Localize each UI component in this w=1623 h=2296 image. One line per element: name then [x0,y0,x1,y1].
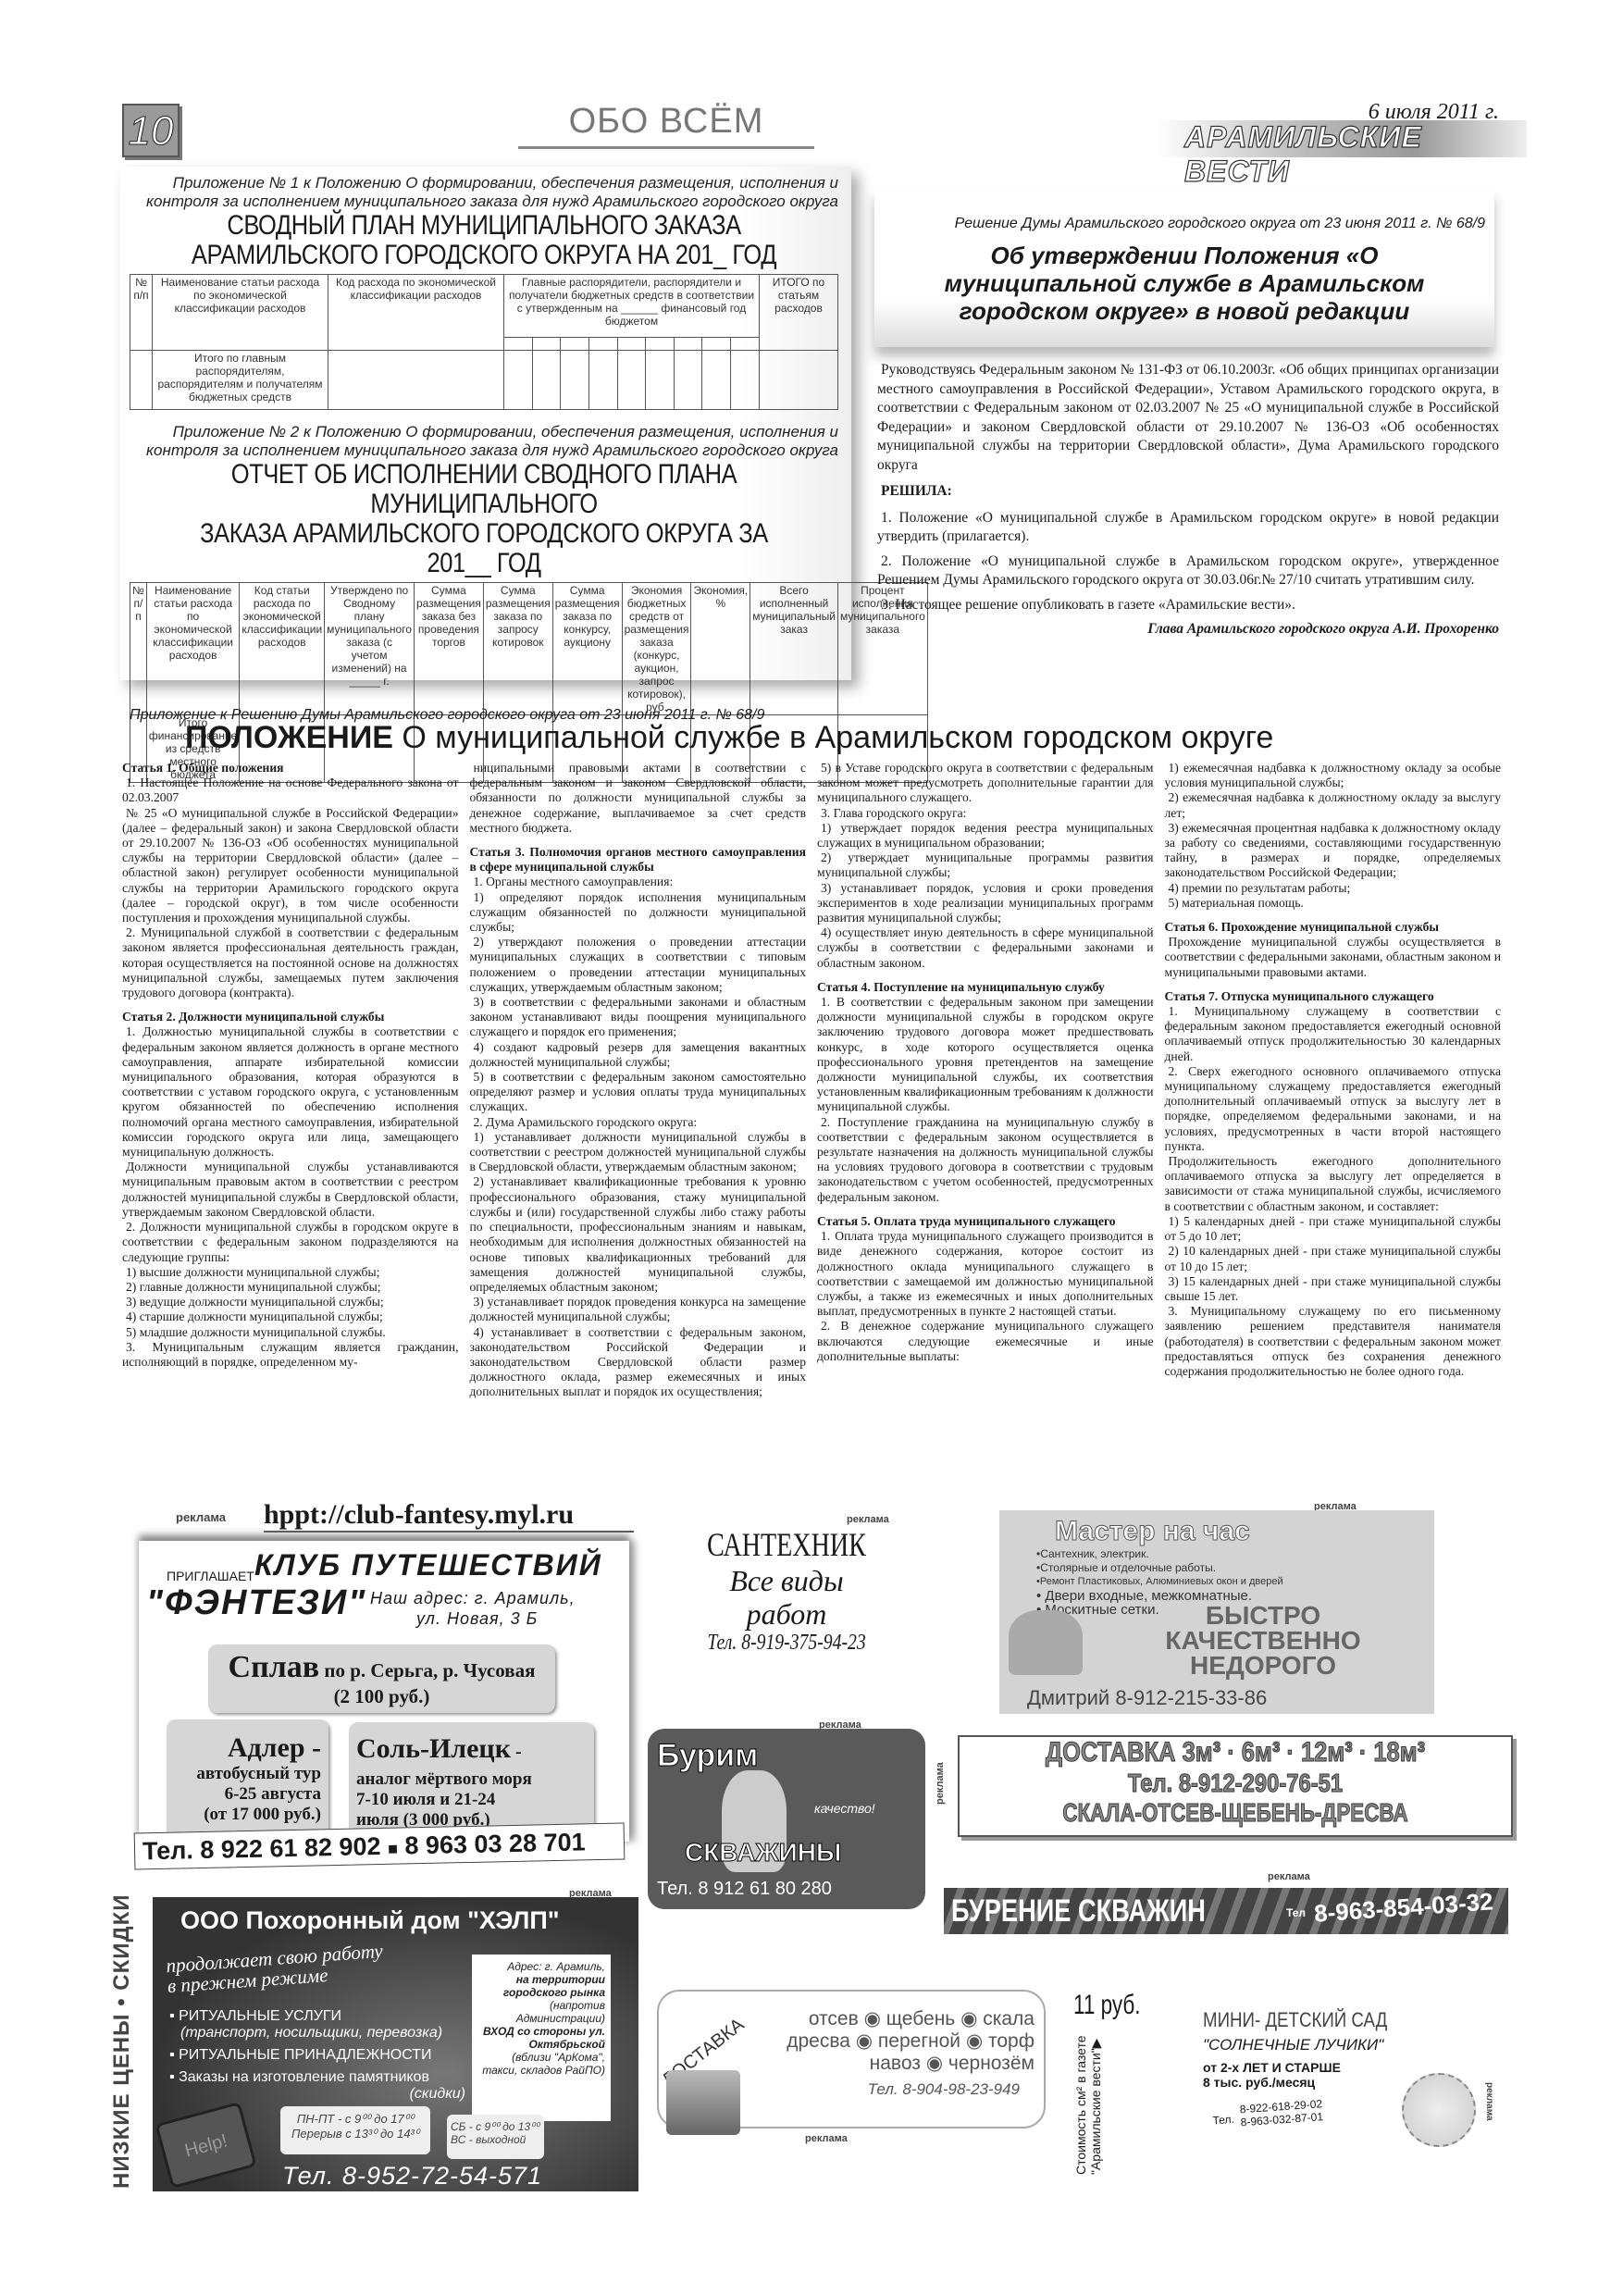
plumber-line: работ [666,1597,907,1631]
funeral-hours-weekend: СБ - с 9⁰⁰ до 13⁰⁰ ВС - выходной [447,2115,544,2159]
fantasy-travel-ad: ПРИГЛАШАЕТ КЛУБ ПУТЕШЕСТВИЙ "ФЭНТЕЗИ" На… [139,1541,629,1842]
decision-item: 2. Положение «О муниципальной службе в А… [877,552,1499,590]
article-heading: Статья 2. Должности муниципальной службы [122,1010,459,1024]
regulation-title: ПОЛОЖЕНИЕ О муниципальной службе в Арами… [185,720,1273,756]
article-column-2: ниципальными правовыми актами в соответс… [470,761,807,1501]
fantasy-url-link[interactable]: hppt://club-fantesy.myl.ru [264,1499,634,1533]
paragraph: 1) устанавливает должности муниципальной… [470,1130,807,1175]
gravel-delivery-ad: ДОСТАВКА 3м³ · 6м³ · 12м³ · 18м³ Тел. 8-… [958,1735,1513,1837]
col-header: Экономия, % [691,583,750,715]
funeral-title: ООО Похоронный дом "ХЭЛП" [180,1906,560,1935]
ad-label-vertical: реклама [1484,2082,1494,2121]
kindergarten-ad: МИНИ- ДЕТСКИЙ САД "СОЛНЕЧНЫЕ ЛУЧИКИ" от … [1203,2008,1499,2184]
paragraph: 1. В соответствии с федеральным законом … [817,995,1154,1115]
col-header: Главные распорядители, распорядители и п… [504,275,760,338]
burim-phone: Тел. 8 912 61 80 280 [657,1879,832,1900]
funeral-hours-weekdays: ПН-ПТ - с 9⁰⁰ до 17⁰⁰ Перерыв с 13³⁰ до … [280,2106,430,2154]
ad-address: ул. Новая, 3 Б [416,1609,538,1629]
kindergarten-age: от 2-х ЛЕТ И СТАРШЕ [1203,2060,1499,2075]
paragraph: 3. Муниципальным служащим является гражд… [122,1340,459,1370]
paragraph: 3) устанавливает порядок проведения конк… [470,1295,807,1324]
article-column-3: 5) в Уставе городского округа в соответс… [817,761,1154,1501]
article-heading: Статья 4. Поступление на муниципальную с… [817,980,1154,995]
article-heading: Статья 1. Общие положения [122,761,459,776]
kindergarten-name: "СОЛНЕЧНЫЕ ЛУЧИКИ" [1203,2036,1499,2054]
delivery2-phone: Тел. 8-904-98-23-949 [787,2080,1035,2099]
paragraph: Продолжительность ежегодного дополнитель… [1165,1154,1502,1214]
appendix1-title: СВОДНЫЙ ПЛАН МУНИЦИПАЛЬНОГО ЗАКАЗА АРАМИ… [182,211,785,270]
paragraph: 1) утверждает порядок ведения реестра му… [817,821,1154,850]
appendix-tables-panel: Приложение № 1 к Положению О формировани… [120,167,851,680]
decision-item: 3. Настоящее решение опубликовать в газе… [877,596,1499,615]
paragraph: 1) высшие должности муниципальной службы… [122,1265,459,1280]
drilling-tel-label: Тел [1286,1906,1306,1919]
delivery2-materials: дресва ◉ перегной ◉ торф [787,2030,1035,2053]
well-drilling-ad: Бурим качество! СКВАЖИНЫ Тел. 8 912 61 8… [648,1729,925,1909]
dump-truck-icon [666,2070,740,2135]
kindergarten-tel-label: Тел. [1212,2113,1234,2128]
help-key-icon: Help! [155,2102,256,2189]
paragraph: 3) 15 календарных дней - при стаже муниц… [1165,1274,1502,1304]
col-header: Экономия бюджетных средств от размещения… [622,583,691,715]
paragraph: 5) в Уставе городского округа в соответс… [817,761,1154,806]
delivery2-materials: навоз ◉ чернозём [787,2053,1035,2075]
paragraph: 3) в соответствии с федеральными законам… [470,995,807,1040]
appendix2-title: ОТЧЕТ ОБ ИСПОЛНЕНИИ СВОДНОГО ПЛАНА МУНИЦ… [182,460,785,578]
paragraph: Должности муниципальной службы устанавли… [122,1160,459,1220]
service-item: •Столярные и отделочные работы. [1036,1561,1434,1575]
handyman-ad: Мастер на час •Сантехник, электрик. •Сто… [999,1510,1434,1714]
col-header: Код статьи расхода по экономической клас… [240,583,325,715]
worker-illustration-icon [1009,1610,1083,1675]
decision-header-box: Решение Думы Арамильского городского окр… [874,190,1494,347]
plumber-line: Все виды [666,1564,907,1597]
paragraph: 2. Сверх ежегодного основного оплачиваем… [1165,1064,1502,1154]
paragraph: 1. Муниципальному служащему в соответств… [1165,1004,1502,1064]
col-header: ИТОГО по статьям расходов [760,275,838,351]
paragraph: 2) утверждает муниципальные программы ра… [817,850,1154,880]
paragraph: 2) 10 календарных дней - при стаже муниц… [1165,1244,1502,1273]
price-value: 11 руб. [1073,1990,1150,2021]
paragraph: 3. Муниципальному служащему по его письм… [1165,1304,1502,1379]
paragraph: 3) ежемесячная процентная надбавка к дол… [1165,821,1502,881]
paragraph: 5) младшие должности муниципальной служб… [122,1325,459,1340]
drilling-title: БУРЕНИЕ СКВАЖИН [951,1893,1206,1930]
paragraph: 1) 5 календарных дней - при стаже муници… [1165,1214,1502,1244]
paragraph: 1. Настоящее Положение на основе Федерал… [122,776,459,805]
col-header: № п/п [130,275,153,351]
slogan: КАЧЕСТВЕННО [1101,1628,1425,1653]
paragraph: 3) ведущие должности муниципальной служб… [122,1295,459,1309]
paragraph: 3. Глава городского округа: [817,806,1154,821]
col-header: Наименование статьи расхода по экономиче… [146,583,239,715]
ad-price-notice: 11 руб. Стоимость см² в газете "Арамильс… [1073,1990,1175,2193]
ad-fantasy-name: "ФЭНТЕЗИ" [146,1583,366,1623]
funeral-service: ▪ РИТУАЛЬНЫЕ УСЛУГИ [169,2008,465,2025]
low-prices-sidebar: НИЗКИЕ ЦЕНЫ • СКИДКИ [109,1893,146,2189]
paragraph: 1. Органы местного самоуправления: [470,875,807,889]
col-header: Код расхода по экономической классификац… [328,275,504,351]
paragraph: 4) устанавливает в соответствии с федера… [470,1325,807,1400]
article-column-4: 1) ежемесячная надбавка к должностному о… [1165,761,1502,1501]
paragraph: 1) определяют порядок исполнения муницип… [470,890,807,936]
rafting-box: Сплав по р. Серьга, р. Чусовая (2 100 ру… [208,1644,555,1713]
handyman-title: Мастер на час [999,1510,1434,1547]
article-heading: Статья 3. Полномочия органов местного са… [470,845,807,875]
col-header: Утверждено по Сводному плану муниципальн… [325,583,415,715]
ad-address: Наш адрес: г. Арамиль, [370,1589,576,1608]
page-number: 10 [122,104,180,157]
service-item: •Ремонт Пластиковых, Алюминиевых окон и … [1036,1575,1434,1589]
paragraph: 5) в соответствии с федеральным законом … [470,1070,807,1115]
slogan: НЕДОРОГО [1101,1653,1425,1678]
handyman-phone: Дмитрий 8-912-215-33-86 [1027,1686,1267,1710]
service-item: •Сантехник, электрик. [1036,1547,1434,1561]
ad-invites: ПРИГЛАШАЕТ [167,1569,254,1583]
decision-title: Об утверждении Положения «О муниципально… [874,232,1494,325]
paragraph: 2) главные должности муниципальной служб… [122,1280,459,1295]
funeral-address-box: Адрес: г. Арамиль, на территории городск… [472,1955,611,2121]
burim-title: Бурим [657,1738,758,1774]
burim-quality: качество! [814,1801,875,1816]
paragraph: 1. Оплата труда муниципального служащего… [817,1229,1154,1319]
funeral-service: ▪ РИТУАЛЬНЫЕ ПРИНАДЛЕЖНОСТИ [169,2047,465,2064]
delivery-phone: Тел. 8-912-290-76-51 [1001,1769,1470,1798]
paragraph: 2) утверждают положения о проведении атт… [470,935,807,995]
plumber-ad: САНТЕХНИК Все виды работ Тел. 8-919-375-… [666,1518,907,1656]
paragraph: ниципальными правовыми актами в соответс… [470,761,807,836]
burim-wells: СКВАЖИНЫ [685,1838,841,1868]
adler-box: Адлер - автобусный тур 6-25 августа (от … [167,1719,328,1847]
regulation-columns: Статья 1. Общие положения 1. Настоящее П… [122,761,1501,1501]
article-heading: Статья 6. Прохождение муниципальной служ… [1165,920,1502,935]
article-heading: Статья 5. Оплата труда муниципального сл… [817,1214,1154,1229]
col-header: Сумма размещения заказа по конкурсу, аук… [552,583,622,715]
paragraph: 1) ежемесячная надбавка к должностному о… [1165,761,1502,790]
delivery-volumes: ДОСТАВКА 3м³ · 6м³ · 12м³ · 18м³ [1001,1737,1470,1769]
delivery-materials: СКАЛА-ОТСЕВ-ЩЕБЕНЬ-ДРЕСВА [1015,1798,1456,1828]
decision-preamble: Руководствуясь Федеральным законом № 131… [877,361,1499,475]
section-divider [518,146,814,149]
price-label: Стоимость см² в газете "Арамильские вест… [1073,2017,1103,2175]
drilling-phone: 8-963-854-03-32 [1313,1887,1493,1928]
paragraph: 4) старшие должности муниципальной служб… [122,1309,459,1324]
ad-label-vertical: реклама [935,1762,946,1805]
paragraph: 2. Поступление гражданина на муниципальн… [817,1115,1154,1205]
funeral-service: ▪ Заказы на изготовление памятников [169,2069,465,2086]
soil-delivery-ad: ДОСТАВКА отсев ◉ щебень ◉ скала дресва ◉… [657,1990,1046,2128]
paragraph: 2. Муниципальной службой в соответствии … [122,925,459,1000]
ad-club-name: КЛУБ ПУТЕШЕСТВИЙ [254,1548,602,1582]
col-header: № п/п [130,583,147,715]
decision-resolved: РЕШИЛА: [877,482,1499,502]
funeral-phone: Тел. 8-952-72-54-571 [282,2162,542,2191]
paragraph: 4) осуществляет иную деятельность в сфер… [817,925,1154,971]
funeral-service-detail: (транспорт, носильщики, перевозка) [169,2025,465,2042]
paragraph: 2) устанавливает квалификационные требов… [470,1174,807,1295]
slogan: БЫСТРО [1101,1603,1425,1628]
paper-name: АРАМИЛЬСКИЕ ВЕСТИ [1157,120,1527,189]
ad-label: реклама [1268,1871,1310,1882]
paragraph: Прохождение муниципальной службы осущест… [1165,935,1502,980]
paragraph: 2) ежемесячная надбавка к должностному о… [1165,790,1502,820]
decision-body: Руководствуясь Федеральным законом № 131… [877,361,1499,645]
section-title: ОБО ВСЁМ [518,102,814,142]
paragraph: № 25 «О муниципальной службе в Российско… [122,806,459,926]
paragraph: 5) материальная помощь. [1165,896,1502,911]
paragraph: 4) создают кадровый резерв для замещения… [470,1040,807,1070]
paragraph: 2. В денежное содержание муниципального … [817,1319,1154,1364]
paragraph: 2. Дума Арамильского городского округа: [470,1115,807,1130]
funeral-home-ad: ООО Похоронный дом "ХЭЛП" продолжает сво… [153,1897,638,2191]
article-heading: Статья 7. Отпуска муниципального служаще… [1165,989,1502,1004]
decision-signature: Глава Арамильского городского округа А.И… [877,620,1499,639]
drilling-banner-ad: БУРЕНИЕ СКВАЖИН Тел 8-963-854-03-32 [944,1888,1508,1934]
ad-label: реклама [176,1510,226,1524]
decision-item: 1. Положение «О муниципальной службе в А… [877,509,1499,547]
article-column-1: Статья 1. Общие положения 1. Настоящее П… [122,761,459,1501]
appendix1-caption: Приложение № 1 к Положению О формировани… [130,174,838,211]
paragraph: 1. Должностью муниципальной службы в соо… [122,1024,459,1160]
ad-label: реклама [805,2133,848,2144]
appendix1-table: № п/п Наименование статьи расхода по эко… [130,274,838,410]
col-header: Сумма размещения заказа по запросу котир… [483,583,552,715]
paragraph: 4) премии по результатам работы; [1165,881,1502,896]
plumber-title: САНТЕХНИК [693,1525,881,1564]
delivery2-materials: отсев ◉ щебень ◉ скала [787,2008,1035,2030]
sun-icon [1402,2073,1476,2147]
plumber-phone: Тел. 8-919-375-94-23 [688,1631,885,1656]
col-header: Сумма размещения заказа без проведения т… [414,583,483,715]
paragraph: 3) устанавливает порядок, условия и срок… [817,881,1154,926]
table-row: Итого по главным распорядителям, распоря… [130,351,838,410]
masthead: АРАМИЛЬСКИЕ ВЕСТИ№26 [1157,120,1527,157]
col-header: Всего исполненный муниципальный заказ [750,583,838,715]
paragraph: 2. Должности муниципальной службы в горо… [122,1220,459,1265]
col-header: Наименование статьи расхода по экономиче… [153,275,328,351]
decision-subtitle: Решение Думы Арамильского городского окр… [874,190,1494,232]
funeral-service-detail: (скидки) [169,2086,465,2103]
kindergarten-title: МИНИ- ДЕТСКИЙ САД [1203,2008,1455,2032]
appendix2-caption: Приложение № 2 к Положению О формировани… [130,423,838,460]
